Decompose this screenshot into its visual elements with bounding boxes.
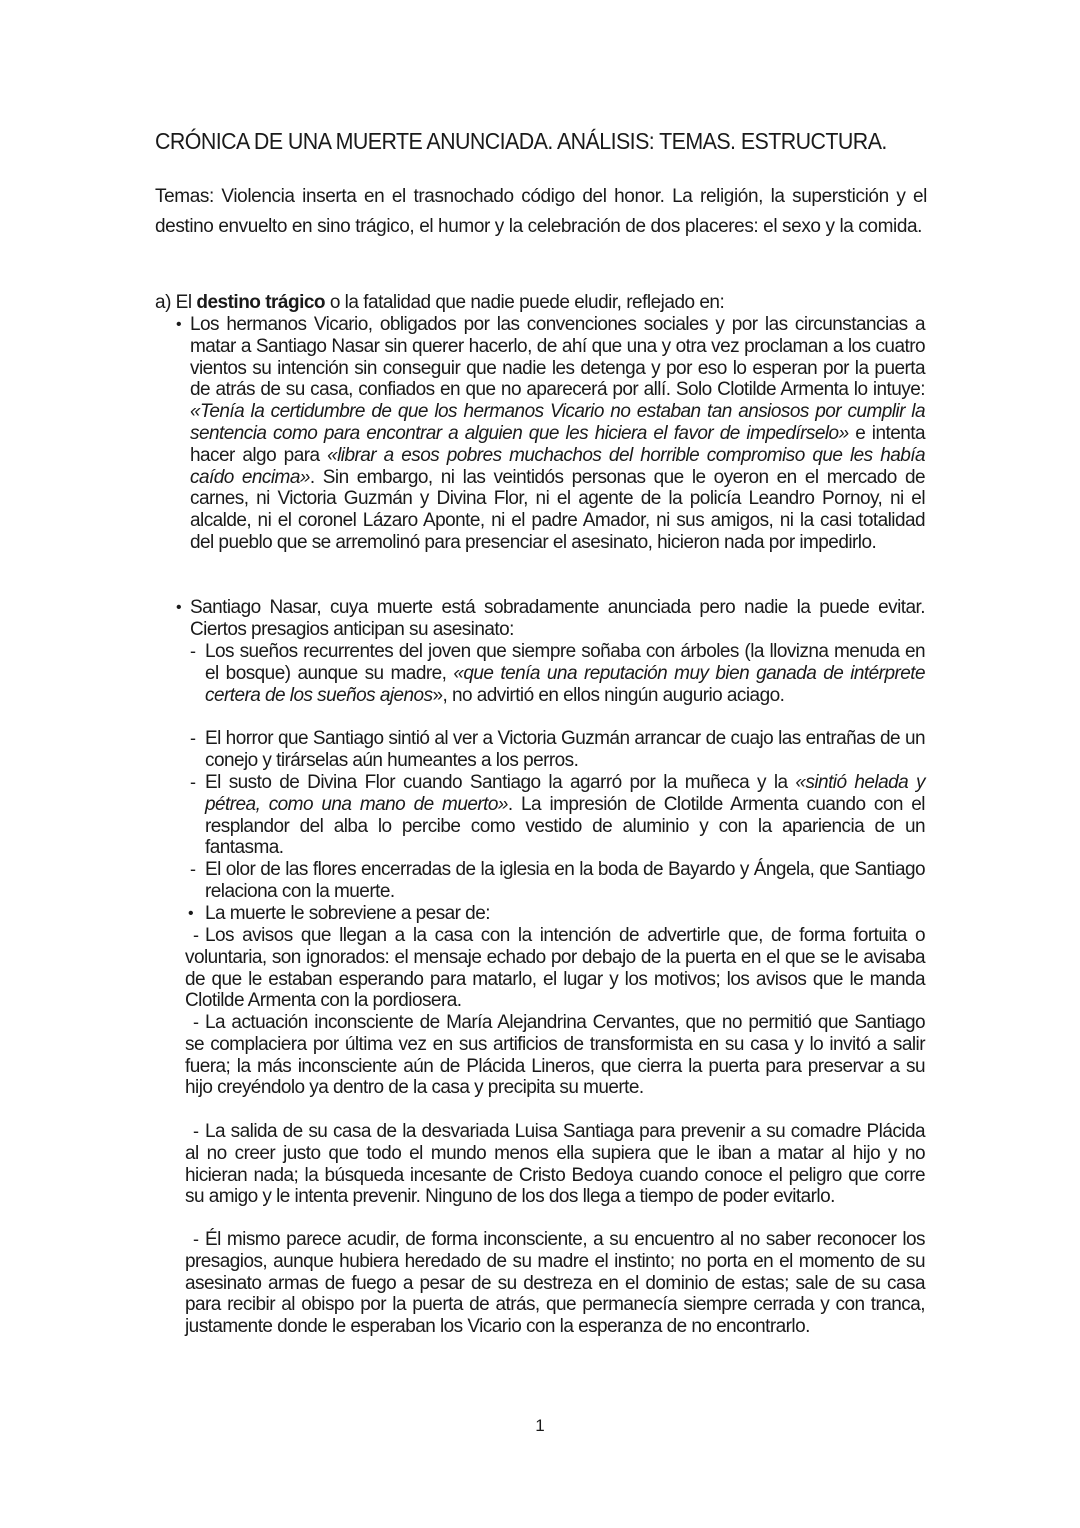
omen-text: », no advirtió en ellos ningún augurio a… [433, 685, 785, 706]
dash-icon: - [190, 641, 196, 662]
quote: «Tenía la certidumbre de que los hermano… [190, 401, 925, 444]
dash-icon: - [190, 859, 196, 880]
section-a-bold-term: destino trágico [196, 292, 325, 313]
themes-paragraph: Temas: Violencia inserta en el trasnocha… [155, 182, 927, 242]
reason-item-himself: Él mismo parece acudir, de forma inconsc… [185, 1229, 925, 1338]
omen-item-flowers: El olor de las flores encerradas de la i… [205, 859, 925, 903]
reason-item-luisa-santiaga: La salida de su casa de la desvariada Lu… [185, 1121, 925, 1208]
omen-item-divina-flor: El susto de Divina Flor cuando Santiago … [205, 772, 925, 859]
section-a-heading: a) El destino trágico o la fatalidad que… [155, 292, 930, 314]
bullet-icon: • [176, 599, 182, 617]
omen-item-dreams: Los sueños recurrentes del joven que sie… [205, 641, 925, 706]
bullet-icon: • [188, 905, 194, 923]
omen-item-rabbit: El horror que Santiago sintió al ver a V… [205, 728, 925, 772]
bullet-item-santiago-nasar: Santiago Nasar, cuya muerte está sobrada… [190, 597, 925, 641]
bullet-item-vicario-brothers: Los hermanos Vicario, obligados por las … [190, 314, 925, 554]
bullet-item-death-despite: La muerte le sobreviene a pesar de: [205, 903, 925, 925]
dash-icon: - [190, 728, 196, 749]
section-a-suffix: o la fatalidad que nadie puede eludir, r… [325, 292, 724, 313]
dash-icon: - [190, 772, 196, 793]
document-title: CRÓNICA DE UNA MUERTE ANUNCIADA. ANÁLISI… [155, 128, 880, 155]
reason-item-warnings: Los avisos que llegan a la casa con la i… [185, 925, 925, 1012]
omen-text: El susto de Divina Flor cuando Santiago … [205, 772, 795, 793]
page-number: 1 [0, 1416, 1080, 1436]
bullet-text: Los hermanos Vicario, obligados por las … [190, 314, 925, 400]
reason-item-maria-alejandrina: La actuación inconsciente de María Aleja… [185, 1012, 925, 1099]
document-page: CRÓNICA DE UNA MUERTE ANUNCIADA. ANÁLISI… [0, 0, 1080, 1528]
section-a-prefix: a) El [155, 292, 196, 313]
bullet-icon: • [176, 316, 182, 334]
